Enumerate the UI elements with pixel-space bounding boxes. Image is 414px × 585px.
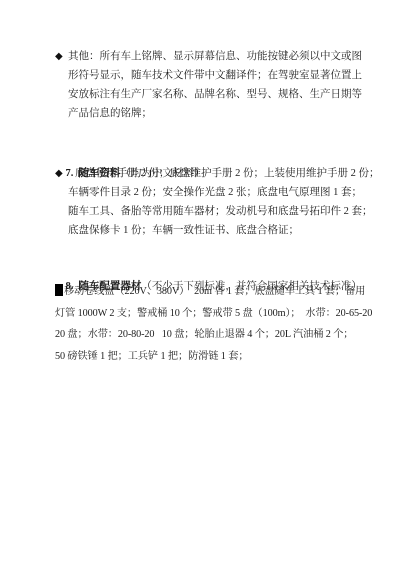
document-page: ◆ 其他：所有车上铭牌、显示屏幕信息、功能按键必须以中文或图 形符号显示，随车技… (0, 0, 414, 585)
section-7-paragraph: ◆ 底盘使用手册 2 份；底盘维护手册 2 份；上装使用维护手册 2 份； 车辆… (55, 164, 380, 240)
diamond-bullet-icon: ◆ (55, 164, 63, 183)
text-line: 底盘使用手册 2 份；底盘维护手册 2 份；上装使用维护手册 2 份； (55, 164, 380, 183)
text-line: 移动卷线盘（220V、380V） 20m 各 1 套；底盘随车工具 1 套；备用 (55, 281, 372, 303)
section-8-heading: 8.随车配置器材（不少于下列标准，并符合国家相关技术标准） (55, 258, 362, 277)
text-segment: 移动卷线盘（220V、380V） 20m 各 1 套；底盘随车工具 1 套；备用 (64, 286, 365, 297)
section-7-heading: 7.随车资料（均为中文材料） (55, 145, 204, 164)
text-line: 车辆零件目录 2 份；安全操作光盘 2 张；底盘电气原理图 1 套； (55, 183, 380, 202)
text-line: 安放标注有生产厂家名称、品牌名称、型号、规格、生产日期等 (55, 85, 362, 104)
text-line: 形符号显示，随车技术文件带中文翻译件；在驾驶室显著位置上 (55, 66, 362, 85)
text-line: 20 盘；水带：20-80-20 10 盘；轮胎止退器 4 个；20L 汽油桶 … (55, 324, 372, 346)
text-line: 50 磅铁锤 1 把；工兵铲 1 把；防滑链 1 套； (55, 346, 372, 368)
diamond-bullet-icon: ◆ (55, 47, 63, 66)
text-line: 灯管 1000W 2 支；警戒桶 10 个；警戒带 5 盘（100m）； 水带：… (55, 303, 372, 325)
text-line: 底盘保修卡 1 份；车辆一致性证书、底盘合格证； (55, 221, 380, 240)
text-line: 其他：所有车上铭牌、显示屏幕信息、功能按键必须以中文或图 (55, 47, 362, 66)
text-line: 随车工具、备胎等常用随车器材；发动机号和底盘号拓印件 2 套； (55, 202, 380, 221)
section-8-paragraph: 移动卷线盘（220V、380V） 20m 各 1 套；底盘随车工具 1 套；备用… (55, 281, 372, 367)
text-line: 产品信息的铭牌； (55, 104, 362, 123)
other-item-paragraph: ◆ 其他：所有车上铭牌、显示屏幕信息、功能按键必须以中文或图 形符号显示，随车技… (55, 47, 362, 123)
square-bullet-icon (55, 284, 63, 296)
